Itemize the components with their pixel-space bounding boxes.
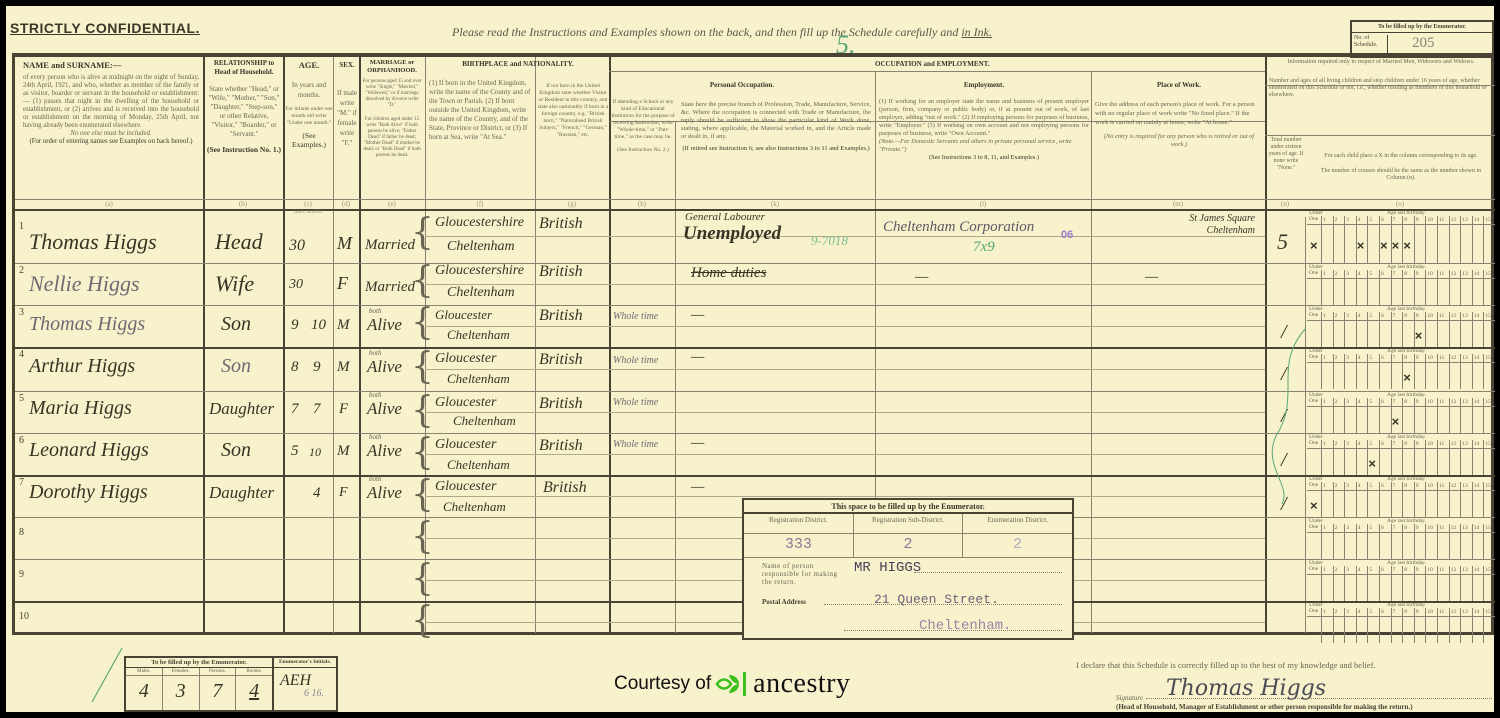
green-check-mark xyxy=(86,646,126,706)
age-years: 7 xyxy=(291,401,299,418)
rooms-cell: Rooms.4 xyxy=(236,668,272,710)
age-column-label: 9 xyxy=(1416,609,1419,615)
child-age-cross: × xyxy=(1310,238,1318,253)
header-children-instruction: For each child place a X in the column c… xyxy=(1311,153,1491,182)
sex: M xyxy=(337,359,350,376)
age-years: 30 xyxy=(289,277,303,293)
age-column-label: 10 xyxy=(1427,313,1433,319)
confidential-heading: STRICTLY CONFIDENTIAL. xyxy=(10,20,200,36)
age-column-label: 10 xyxy=(1427,355,1433,361)
age-column-label: 4 xyxy=(1358,355,1361,361)
age-column-label: 12 xyxy=(1451,313,1457,319)
header-name-body: of every person who is alive at midnight… xyxy=(23,74,199,130)
header-name-order: (For order of entering names see Example… xyxy=(23,138,199,146)
header-relationship-body: State whether "Head," or "Wife," "Mother… xyxy=(207,85,281,139)
nationality: British xyxy=(543,479,587,497)
age-column-label: 7 xyxy=(1393,567,1396,573)
age-column-label: 6 xyxy=(1381,609,1384,615)
age-column-label: 4 xyxy=(1358,483,1361,489)
age-column-label: 12 xyxy=(1451,525,1457,531)
age-column-label: 4 xyxy=(1358,441,1361,447)
age-column-label: 3 xyxy=(1346,609,1349,615)
age-column-label: 13 xyxy=(1462,271,1468,277)
age-column-label: 3 xyxy=(1346,355,1349,361)
children-age-grid: UnderOneAge last birthday.12345678910111… xyxy=(1307,209,1495,263)
birth-county: Gloucester xyxy=(435,395,496,411)
age-years: 30 xyxy=(289,237,305,255)
sex: M xyxy=(337,233,352,254)
sex: F xyxy=(337,273,348,294)
registration-district: Registration District. 333 xyxy=(744,514,854,557)
age-column-label: 13 xyxy=(1462,609,1468,615)
age-column-label: 14 xyxy=(1474,483,1480,489)
children-age-grid: UnderOneAge last birthday.12345678910111… xyxy=(1307,263,1495,305)
persons-cell: Persons.7 xyxy=(200,668,237,710)
age-column-label: 3 xyxy=(1346,217,1349,223)
age-column-label: 14 xyxy=(1474,441,1480,447)
relationship: Son xyxy=(221,439,251,462)
age-last-birthday-label: Age last birthday. xyxy=(1387,434,1426,440)
total-children: 5 xyxy=(1277,229,1288,255)
age-column-label: 11 xyxy=(1439,525,1444,531)
header-children-instr2: The number of crosses should be the same… xyxy=(1311,168,1491,182)
col-letter-b: (b) xyxy=(203,200,283,208)
sex: F xyxy=(339,401,348,418)
age-last-birthday-label: Age last birthday. xyxy=(1387,560,1426,566)
person-name: Thomas Higgs xyxy=(29,313,145,336)
col-letter-f: (f) xyxy=(425,200,535,208)
responsible-label: Name of person responsible for making th… xyxy=(762,562,848,586)
age-column-label: 4 xyxy=(1358,399,1361,405)
age-column-label: 7 xyxy=(1393,441,1396,447)
age-column-label: 2 xyxy=(1335,609,1338,615)
age-months: 10 xyxy=(309,445,321,460)
child-age-cross: × xyxy=(1392,238,1400,253)
age-column-label: 14 xyxy=(1474,271,1480,277)
age-column-label: 8 xyxy=(1404,525,1407,531)
age-column-label: 12 xyxy=(1451,609,1457,615)
registration-district-label: Registration District. xyxy=(744,514,853,534)
age-column-label: 1 xyxy=(1323,609,1326,615)
age-column-label: 3 xyxy=(1346,567,1349,573)
age-column-label: 11 xyxy=(1439,313,1444,319)
header-age-body: In years and months. xyxy=(285,80,333,100)
age-column-label: 8 xyxy=(1404,271,1407,277)
age-column-label: 13 xyxy=(1462,567,1468,573)
enumerator-tally-box: To be filled up by the Enumerator. Males… xyxy=(124,656,338,712)
age-column-label: 15 xyxy=(1485,355,1491,361)
age-column-label: 11 xyxy=(1439,355,1444,361)
age-column-label: 9 xyxy=(1416,313,1419,319)
age-column-label: 5 xyxy=(1369,483,1372,489)
age-column-label: 8 xyxy=(1404,441,1407,447)
age-column-label: 2 xyxy=(1335,483,1338,489)
occupation: — xyxy=(691,479,704,496)
occupation: — xyxy=(691,435,704,452)
age-column-label: 12 xyxy=(1451,217,1457,223)
nationality: British xyxy=(539,395,583,413)
age-months: 4 xyxy=(313,485,321,502)
col-letter-o: (o) xyxy=(1305,200,1495,208)
age-column-label: 10 xyxy=(1427,483,1433,489)
occupation-code: 9-7018 xyxy=(811,233,848,249)
signature-label: Signature xyxy=(1116,694,1143,702)
age-column-label: 15 xyxy=(1485,217,1491,223)
females-cell: Females.3 xyxy=(163,668,200,710)
responsible-person: MR HIGGS xyxy=(854,560,921,576)
header-children-total: Total number under sixteen years of age.… xyxy=(1267,137,1305,172)
tally-title: To be filled up by the Enumerator. xyxy=(126,658,272,668)
person-name: Arthur Higgs xyxy=(29,355,135,378)
age-column-label: 11 xyxy=(1439,441,1444,447)
ancestry-brand: ancestry xyxy=(753,668,850,700)
occupation-detail: General Labourer xyxy=(685,211,765,223)
child-age-cross: × xyxy=(1380,238,1388,253)
age-column-label: 8 xyxy=(1404,355,1407,361)
header-age: AGE. In years and months. For infants un… xyxy=(285,61,333,149)
age-column-label: 15 xyxy=(1485,399,1491,405)
age-column-label: 14 xyxy=(1474,567,1480,573)
row-number: 10 xyxy=(19,611,29,622)
age-column-label: 15 xyxy=(1485,567,1491,573)
declaration-text: I declare that this Schedule is correctl… xyxy=(1076,660,1376,670)
sex: F xyxy=(339,485,348,501)
age-column-label: 2 xyxy=(1335,441,1338,447)
place-of-work: — xyxy=(1145,269,1158,286)
child-age-cross: × xyxy=(1403,238,1411,253)
header-name-title: NAME and SURNAME:— xyxy=(23,61,199,70)
age-column-label: 6 xyxy=(1381,271,1384,277)
signature-note: (Head of Household, Manager of Establish… xyxy=(1116,703,1413,711)
registration-subdistrict-label: Registration Sub-District. xyxy=(854,514,963,534)
in-ink-text: in Ink. xyxy=(961,25,992,39)
person-name: Maria Higgs xyxy=(29,397,132,420)
col-letter-l: (l) xyxy=(875,200,1091,208)
relationship: Son xyxy=(221,313,251,336)
registration-subdistrict: Registration Sub-District. 2 xyxy=(854,514,964,557)
header-personal-occupation: Personal Occupation. xyxy=(611,81,873,90)
age-column-label: 14 xyxy=(1474,217,1480,223)
age-column-label: 8 xyxy=(1404,313,1407,319)
occupation: — xyxy=(691,307,704,324)
females-count: 3 xyxy=(163,676,199,706)
age-column-label: 14 xyxy=(1474,355,1480,361)
age-column-label: 6 xyxy=(1381,525,1384,531)
children-age-grid: UnderOneAge last birthday.12345678910111… xyxy=(1307,601,1495,643)
age-column-label: 13 xyxy=(1462,525,1468,531)
age-column-label: 11 xyxy=(1439,271,1444,277)
age-column-label: 6 xyxy=(1381,399,1384,405)
marriage-status: Alive xyxy=(367,399,402,419)
age-column-label: 6 xyxy=(1381,567,1384,573)
header-relationship: RELATIONSHIP to Head of Household. State… xyxy=(207,59,281,154)
initials-note: 6 16. xyxy=(304,688,324,699)
person-name: Nellie Higgs xyxy=(29,271,140,297)
age-column-label: 4 xyxy=(1358,217,1361,223)
col-letter-a: (a) xyxy=(15,200,203,208)
header-birthplace: BIRTHPLACE and NATIONALITY. xyxy=(427,60,609,69)
age-last-birthday-label: Age last birthday. xyxy=(1387,392,1426,398)
header-birthplace-title: BIRTHPLACE and NATIONALITY. xyxy=(427,60,609,69)
header-school: If attending a School or any kind of Edu… xyxy=(611,99,675,154)
age-years: 8 xyxy=(291,359,299,376)
header-age-see: (See Examples.) xyxy=(285,131,333,149)
child-age-cross: × xyxy=(1403,370,1411,385)
males-count: 4 xyxy=(126,676,162,706)
age-column-label: 13 xyxy=(1462,313,1468,319)
schedule-box-label: No. of Schedule. xyxy=(1354,35,1388,55)
row-number: 5 xyxy=(19,393,24,404)
age-column-label: 2 xyxy=(1335,567,1338,573)
green-tally-curve xyxy=(1262,326,1332,506)
age-column-label: 4 xyxy=(1358,271,1361,277)
age-column-label: 7 xyxy=(1393,525,1396,531)
age-column-label: 15 xyxy=(1485,609,1491,615)
row-number: 2 xyxy=(19,265,24,276)
age-column-label: 10 xyxy=(1427,441,1433,447)
header-sex: SEX. If male write "M." if female write … xyxy=(335,61,359,148)
col-letter-g: (g) xyxy=(535,200,609,208)
birth-county: Gloucestershire xyxy=(435,263,524,279)
age-column-label: 5 xyxy=(1369,609,1372,615)
age-column-label: 14 xyxy=(1474,609,1480,615)
age-column-label: 12 xyxy=(1451,399,1457,405)
header-children-title: Information required only in respect of … xyxy=(1269,59,1493,66)
header-employment: Employment. (1) If working for an employ… xyxy=(879,81,1089,162)
col-letter-m: (m) xyxy=(1091,200,1265,208)
enumeration-district: Enumeration District. 2 xyxy=(963,514,1072,557)
header-personal-occupation-title: Personal Occupation. xyxy=(611,81,873,90)
row-number: 4 xyxy=(19,349,24,360)
census-schedule-page: STRICTLY CONFIDENTIAL. Please read the I… xyxy=(6,6,1494,712)
children-age-grid: UnderOneAge last birthday.12345678910111… xyxy=(1307,433,1495,475)
marriage-status: Alive xyxy=(367,357,402,377)
school-attendance: Whole time xyxy=(613,311,658,322)
age-column-label: 8 xyxy=(1404,609,1407,615)
employer-code: 7x9 xyxy=(973,239,995,256)
persons-count: 7 xyxy=(200,676,236,706)
age-column-label: 11 xyxy=(1439,217,1444,223)
age-column-label: 14 xyxy=(1474,399,1480,405)
col-letter-d: (d) xyxy=(333,200,359,208)
age-column-label: 2 xyxy=(1335,525,1338,531)
age-column-label: 13 xyxy=(1462,441,1468,447)
age-column-label: 3 xyxy=(1346,441,1349,447)
enumerator-box: This space to be filled up by the Enumer… xyxy=(742,498,1074,640)
age-column-label: 3 xyxy=(1346,399,1349,405)
row-number: 6 xyxy=(19,435,24,446)
age-column-label: 3 xyxy=(1346,525,1349,531)
child-age-cross: × xyxy=(1357,238,1365,253)
age-column-label: 5 xyxy=(1369,217,1372,223)
age-column-label: 9 xyxy=(1416,483,1419,489)
relationship: Son xyxy=(221,355,251,378)
age-column-label: 7 xyxy=(1393,609,1396,615)
person-name: Thomas Higgs xyxy=(29,229,157,255)
occupation: Home duties xyxy=(691,265,766,282)
header-age-infants: For infants under one month old write "U… xyxy=(285,106,333,127)
age-last-birthday-label: Age last birthday. xyxy=(1387,518,1426,524)
row-number: 3 xyxy=(19,307,24,318)
age-column-label: 9 xyxy=(1416,217,1419,223)
schedule-box-title: To be filled up by the Enumerator. xyxy=(1352,22,1492,33)
age-column-label: 5 xyxy=(1369,525,1372,531)
sex: M xyxy=(337,443,350,460)
age-column-label: 8 xyxy=(1404,567,1407,573)
enumerator-initials-cell: Enumerator's Initials. AEH 6 16. xyxy=(274,658,336,710)
row-number: 9 xyxy=(19,569,24,580)
age-years: 9 xyxy=(291,317,299,334)
age-column-label: 1 xyxy=(1323,271,1326,277)
age-column-label: 6 xyxy=(1381,217,1384,223)
header-children-body: Number and ages of all living children a… xyxy=(1269,78,1493,99)
age-column-label: 7 xyxy=(1393,483,1396,489)
birth-county: Gloucester xyxy=(435,307,492,323)
age-column-label: 15 xyxy=(1485,483,1491,489)
children-age-grid: UnderOneAge last birthday.12345678910111… xyxy=(1307,347,1495,389)
age-column-label: 9 xyxy=(1416,525,1419,531)
age-column-label: 6 xyxy=(1381,483,1384,489)
registration-district-value: 333 xyxy=(744,534,853,556)
header-children-instr1: For each child place a X in the column c… xyxy=(1311,153,1491,160)
age-column-label: 10 xyxy=(1427,399,1433,405)
occupation: — xyxy=(691,349,704,366)
age-column-label: 2 xyxy=(1335,355,1338,361)
birth-town: Cheltenham xyxy=(447,457,510,473)
age-column-label: 4 xyxy=(1358,609,1361,615)
postal-address-line2: Cheltenham. xyxy=(919,618,1011,634)
age-column-label: 7 xyxy=(1393,355,1396,361)
header-place-body: Give the address of each person's place … xyxy=(1095,100,1263,127)
marriage-status: Alive xyxy=(367,483,402,503)
header-marriage: MARRIAGE or ORPHANHOOD. For persons aged… xyxy=(361,59,423,159)
age-column-label: 14 xyxy=(1474,313,1480,319)
age-subheader: years. months. xyxy=(283,210,333,215)
courtesy-text: Courtesy of xyxy=(614,673,711,695)
age-years: 5 xyxy=(291,443,299,460)
age-column-label: 3 xyxy=(1346,271,1349,277)
row-number: 1 xyxy=(19,221,24,232)
person-name: Leonard Higgs xyxy=(29,439,149,462)
children-age-grid: UnderOneAge last birthday.12345678910111… xyxy=(1307,517,1495,559)
header-name: NAME and SURNAME:— of every person who i… xyxy=(23,61,199,146)
age-column-label: 9 xyxy=(1416,567,1419,573)
age-column-label: 4 xyxy=(1358,525,1361,531)
birth-county: Gloucester xyxy=(435,479,496,495)
ancestry-leaf-icon xyxy=(715,671,749,697)
age-column-label: 6 xyxy=(1381,355,1384,361)
col-letter-c: (c) xyxy=(283,200,333,208)
males-label: Males. xyxy=(126,668,162,676)
header-birthplace-g: If not born in the United Kingdom state … xyxy=(537,83,609,139)
age-months: 7 xyxy=(313,401,321,418)
occupation: Unemployed xyxy=(683,223,781,245)
marriage-note: both xyxy=(369,391,381,399)
row-number: 8 xyxy=(19,527,24,538)
age-last-birthday-label: Age last birthday. xyxy=(1387,210,1426,216)
birth-town: Cheltenham xyxy=(447,371,510,387)
marriage-note: both xyxy=(369,433,381,441)
age-last-birthday-label: Age last birthday. xyxy=(1387,264,1426,270)
children-age-grid: UnderOneAge last birthday.12345678910111… xyxy=(1307,305,1495,347)
age-column-label: 1 xyxy=(1323,217,1326,223)
child-age-cross: × xyxy=(1392,414,1400,429)
relationship: Daughter xyxy=(209,483,274,503)
age-column-label: 12 xyxy=(1451,355,1457,361)
header-name-note: No one else must be included. xyxy=(23,130,199,138)
age-last-birthday-label: Age last birthday. xyxy=(1387,602,1426,608)
header-occupation-group-title: OCCUPATION and EMPLOYMENT. xyxy=(875,60,1265,69)
enumeration-district-value: 2 xyxy=(963,534,1072,556)
age-last-birthday-label: Age last birthday. xyxy=(1387,306,1426,312)
relationship: Daughter xyxy=(209,399,274,419)
age-column-label: 10 xyxy=(1427,567,1433,573)
age-column-label: 11 xyxy=(1439,399,1444,405)
age-column-label: 9 xyxy=(1416,441,1419,447)
header-relationship-see: (See Instruction No. 1.) xyxy=(207,145,281,154)
signature: Thomas Higgs xyxy=(1166,676,1326,701)
instructions-text: Please read the Instructions and Example… xyxy=(452,25,961,39)
birth-town: Cheltenham xyxy=(443,499,506,515)
postal-address-label: Postal Address xyxy=(762,598,806,606)
birth-town: Cheltenham xyxy=(447,327,510,343)
birth-town: Cheltenham xyxy=(453,413,516,429)
age-column-label: 7 xyxy=(1393,217,1396,223)
ancestry-watermark: Courtesy of ancestry xyxy=(614,668,850,700)
females-label: Females. xyxy=(163,668,199,676)
age-column-label: 13 xyxy=(1462,217,1468,223)
col-letter-k: (k) xyxy=(675,200,875,208)
birth-town: Cheltenham xyxy=(447,239,515,255)
registration-subdistrict-value: 2 xyxy=(854,534,963,556)
age-last-birthday-label: Age last birthday. xyxy=(1387,348,1426,354)
birth-county: Gloucester xyxy=(435,437,496,453)
age-column-label: 13 xyxy=(1462,355,1468,361)
birth-town: Cheltenham xyxy=(447,285,515,301)
instructions-line: Please read the Instructions and Example… xyxy=(452,25,992,40)
employer-stamp: 06 xyxy=(1061,229,1073,241)
header-employment-title: Employment. xyxy=(879,81,1089,90)
sex: M xyxy=(337,317,350,334)
col-letter-h: (h) xyxy=(609,200,675,208)
marriage-status: Alive xyxy=(367,315,402,335)
header-place-note: (No entry is required for any person who… xyxy=(1095,133,1263,149)
age-column-label: 5 xyxy=(1369,313,1372,319)
age-column-label: 11 xyxy=(1439,483,1444,489)
age-column-label: 10 xyxy=(1427,271,1433,277)
age-column-label: 5 xyxy=(1369,399,1372,405)
header-place-title: Place of Work. xyxy=(1095,81,1263,90)
marriage-note: both xyxy=(369,475,381,483)
header-personal-occupation-body: State here the precise branch of Profess… xyxy=(681,101,871,153)
rooms-label: Rooms. xyxy=(236,668,272,676)
header-age-title: AGE. xyxy=(285,61,333,70)
initials-label: Enumerator's Initials. xyxy=(274,658,336,668)
relationship: Head xyxy=(215,229,263,255)
marriage-status: Alive xyxy=(367,441,402,461)
nationality: British xyxy=(539,437,583,455)
age-column-label: 10 xyxy=(1427,217,1433,223)
age-column-label: 9 xyxy=(1416,399,1419,405)
child-age-cross: × xyxy=(1368,456,1376,471)
employer: — xyxy=(915,269,928,286)
age-column-label: 15 xyxy=(1485,525,1491,531)
age-column-label: 5 xyxy=(1369,441,1372,447)
age-column-label: 9 xyxy=(1416,355,1419,361)
age-column-label: 8 xyxy=(1404,217,1407,223)
age-column-label: 6 xyxy=(1381,313,1384,319)
age-column-label: 15 xyxy=(1485,441,1491,447)
